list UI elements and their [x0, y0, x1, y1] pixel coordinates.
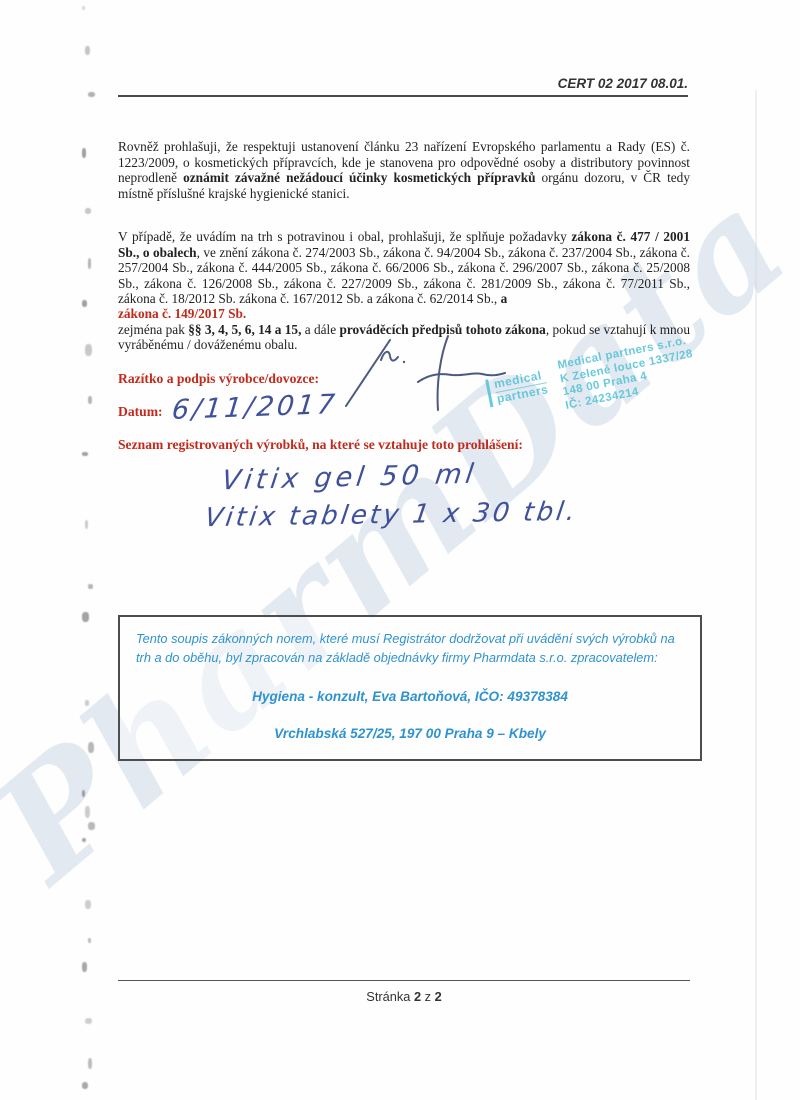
stamp-logo: medical partners — [485, 368, 549, 407]
text-run: a dále — [301, 322, 339, 337]
registrar-info-box: Tento soupis zákonných norem, které musí… — [118, 615, 702, 761]
document-header: CERT 02 2017 08.01. — [118, 76, 688, 97]
scan-speck — [88, 1058, 92, 1069]
scan-speck — [88, 938, 91, 943]
scan-speck — [82, 452, 88, 456]
text-run: zejména pak — [118, 322, 188, 337]
text-run: 2 — [435, 989, 442, 1004]
scan-speck — [88, 742, 94, 753]
text-run: z — [421, 989, 435, 1004]
scan-speck — [88, 584, 93, 589]
text-run: a — [501, 291, 508, 306]
scan-speck — [88, 92, 95, 97]
stamp-signature-label: Razítko a podpis výrobce/dovozce: — [118, 371, 319, 387]
scan-speck — [82, 300, 87, 307]
page-footer: Stránka 2 z 2 — [118, 980, 690, 1004]
text-run: §§ 3, 4, 5, 6, 14 a 15, — [188, 322, 301, 337]
scan-speck — [85, 46, 90, 55]
info-box-address-line: Vrchlabská 527/25, 197 00 Praha 9 – Kbel… — [136, 726, 684, 741]
text-run: 2 — [414, 989, 421, 1004]
scan-speck — [85, 520, 88, 529]
handwritten-date: 6/11/2017 — [170, 389, 339, 426]
scan-speck — [82, 962, 87, 972]
text-run: , ve znění zákona č. 274/2003 Sb., zákon… — [118, 245, 690, 306]
scan-speck — [88, 258, 91, 269]
text-run: V případě, že uvádím na trh s potravinou… — [118, 229, 571, 244]
scan-speck — [85, 1018, 92, 1024]
scan-speck — [82, 6, 85, 10]
scan-speck — [85, 806, 90, 818]
scan-speck — [88, 822, 95, 830]
cert-reference: CERT 02 2017 08.01. — [118, 76, 688, 91]
scan-speck — [82, 612, 89, 622]
scan-speck — [85, 344, 92, 356]
scan-speck — [85, 900, 91, 909]
date-label: Datum: — [118, 404, 163, 420]
handwritten-product-1: Vitix gel 50 ml — [220, 459, 479, 497]
declaration-paragraph-cosmetics: Rovněž prohlašuji, že respektuji ustanov… — [118, 139, 690, 201]
handwritten-product-2: Vitix tablety 1 x 30 tbl. — [203, 497, 580, 534]
scan-speck — [88, 396, 92, 404]
scan-speck — [82, 790, 85, 797]
scanned-document-page: PharmData s.r.o. CERT 02 2017 08.01. Rov… — [0, 0, 800, 1100]
scan-speck — [85, 208, 91, 214]
text-run: oznámit závažné nežádoucí účinky kosmeti… — [183, 170, 535, 185]
text-run: zákona č. 149/2017 Sb. — [118, 306, 246, 321]
handwritten-signature — [340, 332, 510, 412]
info-box-intro: Tento soupis zákonných norem, které musí… — [136, 629, 684, 667]
product-list-label: Seznam registrovaných výrobků, na které … — [118, 437, 523, 453]
scan-speck — [82, 838, 86, 842]
text-run: Stránka — [366, 989, 414, 1004]
scan-speck — [85, 700, 89, 706]
scan-fold-line — [755, 90, 757, 1100]
scan-speck — [82, 148, 86, 158]
scan-speck — [82, 1082, 88, 1089]
info-box-company-line: Hygiena - konzult, Eva Bartoňová, IČO: 4… — [136, 689, 684, 704]
